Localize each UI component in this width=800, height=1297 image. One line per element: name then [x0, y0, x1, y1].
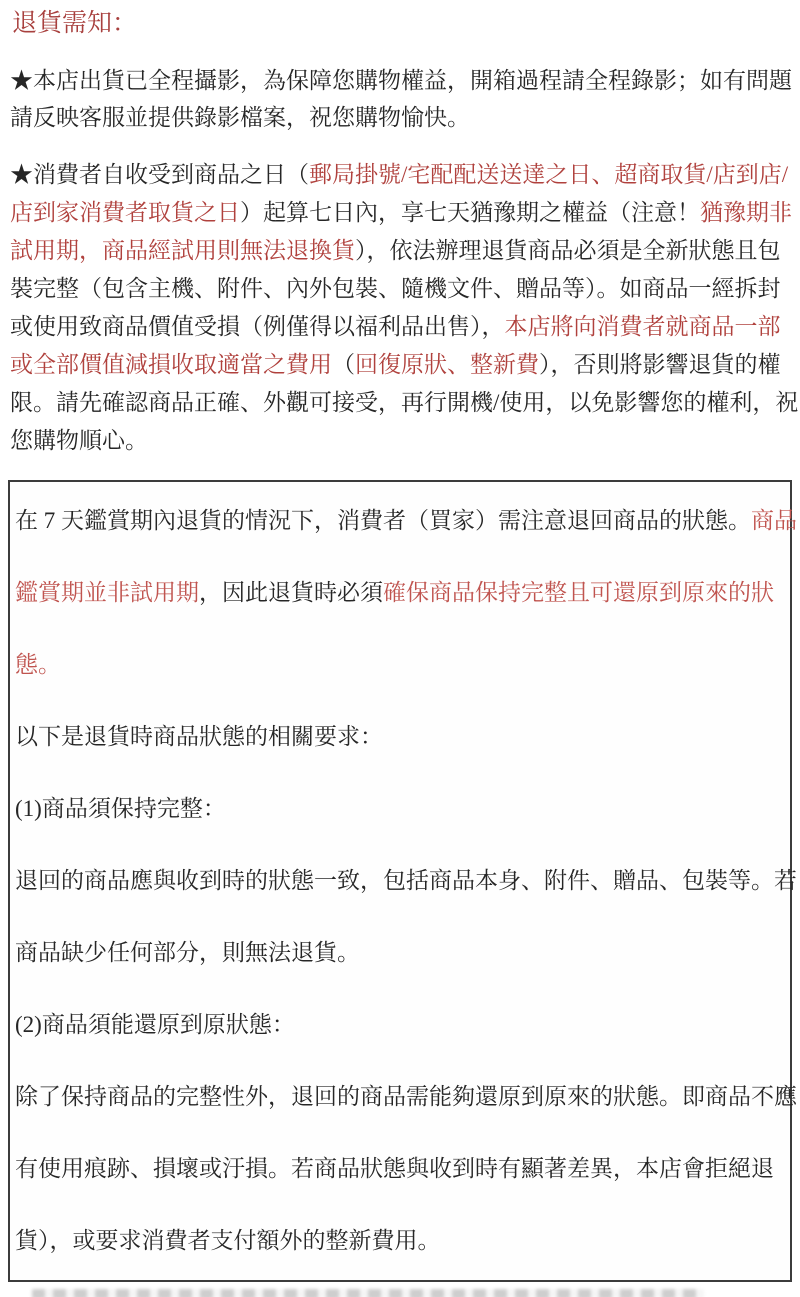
- text-line: 態。: [15, 629, 785, 701]
- text-line: 以下是退貨時商品狀態的相關要求：: [15, 701, 785, 773]
- highlighted-text-run: 鑑賞期並非試用期: [15, 580, 199, 605]
- text-run: 有使用痕跡、損壞或汙損。若商品狀態與收到時有顯著差異，本店會拒絕退: [15, 1156, 774, 1181]
- seven-day-return-policy-paragraph: ★消費者自收受到商品之日（郵局掛號/宅配配送送達之日、超商取貨/店到店/店到家消…: [10, 156, 792, 460]
- text-run: 請反映客服並提供錄影檔案，祝您購物愉快。: [10, 105, 470, 130]
- highlighted-text-run: 郵局掛號/宅配配送送達之日、超商取貨/店到店/: [309, 162, 788, 187]
- cropped-next-line-remnant: [32, 1289, 704, 1297]
- text-line: 或全部價值減損收取適當之費用（回復原狀、整新費），否則將影響退貨的權: [10, 346, 792, 384]
- text-run: ★本店出貨已全程攝影，為保障您購物權益，開箱過程請全程錄影；如有問題: [10, 68, 792, 93]
- highlighted-text-run: 回復原狀、整新費: [355, 352, 539, 377]
- highlighted-text-run: 猶豫期非: [700, 200, 792, 225]
- highlighted-text-run: 本店將向消費者就商品一部: [505, 314, 781, 339]
- text-run: 或使用致商品價值受損（例僅得以福利品出售），: [10, 314, 505, 339]
- text-run: 貨），或要求消費者支付額外的整新費用。: [15, 1228, 441, 1253]
- text-run: 以下是退貨時商品狀態的相關要求：: [15, 724, 383, 749]
- highlighted-text-run: 試用期，商品經試用則無法退換貨: [10, 238, 355, 263]
- text-run: （: [332, 352, 355, 377]
- shipping-video-notice-paragraph: ★本店出貨已全程攝影，為保障您購物權益，開箱過程請全程錄影；如有問題請反映客服並…: [10, 62, 792, 136]
- return-condition-text: 在 7 天鑑賞期內退貨的情況下，消費者（買家）需注意退回商品的狀態。商品鑑賞期並…: [15, 485, 785, 1277]
- text-run: ，因此退貨時必須: [199, 580, 383, 605]
- text-run: 退回的商品應與收到時的狀態一致，包括商品本身、附件、贈品、包裝等。若: [15, 868, 797, 893]
- text-run: 除了保持商品的完整性外，退回的商品需能夠還原到原來的狀態。即商品不應: [15, 1084, 797, 1109]
- page-title: 退貨需知：: [12, 8, 792, 40]
- text-run: ）起算七日內，享七天猶豫期之權益（注意！: [240, 200, 700, 225]
- highlighted-text-run: 或全部價值減損收取適當之費用: [10, 352, 332, 377]
- text-line: 或使用致商品價值受損（例僅得以福利品出售），本店將向消費者就商品一部: [10, 308, 792, 346]
- text-run: ），否則將影響退貨的權: [539, 352, 781, 377]
- return-policy-document: 退貨需知： ★本店出貨已全程攝影，為保障您購物權益，開箱過程請全程錄影；如有問題…: [0, 0, 800, 1297]
- text-line: 有使用痕跡、損壞或汙損。若商品狀態與收到時有顯著差異，本店會拒絕退: [15, 1133, 785, 1205]
- highlighted-text-run: 確保商品保持完整且可還原到原來的狀: [383, 580, 774, 605]
- text-line: ★本店出貨已全程攝影，為保障您購物權益，開箱過程請全程錄影；如有問題: [10, 62, 792, 99]
- text-line: 商品缺少任何部分，則無法退貨。: [15, 917, 785, 989]
- text-line: 除了保持商品的完整性外，退回的商品需能夠還原到原來的狀態。即商品不應: [15, 1061, 785, 1133]
- text-run: ★消費者自收受到商品之日（: [10, 162, 309, 187]
- text-line: 試用期，商品經試用則無法退換貨），依法辦理退貨商品必須是全新狀態且包: [10, 232, 792, 270]
- text-line: 請反映客服並提供錄影檔案，祝您購物愉快。: [10, 99, 792, 136]
- text-run: 在 7 天鑑賞期內退貨的情況下，消費者（買家）需注意退回商品的狀態。: [15, 508, 751, 533]
- return-condition-box: 在 7 天鑑賞期內退貨的情況下，消費者（買家）需注意退回商品的狀態。商品鑑賞期並…: [8, 480, 792, 1282]
- text-line: (2)商品須能還原到原狀態：: [15, 989, 785, 1061]
- text-line: 鑑賞期並非試用期，因此退貨時必須確保商品保持完整且可還原到原來的狀: [15, 557, 785, 629]
- highlighted-text-run: 店到家消費者取貨之日: [10, 200, 240, 225]
- text-run: ），依法辦理退貨商品必須是全新狀態且包: [355, 238, 781, 263]
- text-run: 您購物順心。: [10, 428, 148, 453]
- highlighted-text-run: 態。: [15, 652, 61, 677]
- text-run: 商品缺少任何部分，則無法退貨。: [15, 940, 360, 965]
- text-line: 限。請先確認商品正確、外觀可接受，再行開機/使用，以免影響您的權利，祝: [10, 384, 792, 422]
- text-line: 退回的商品應與收到時的狀態一致，包括商品本身、附件、贈品、包裝等。若: [15, 845, 785, 917]
- text-line: 貨），或要求消費者支付額外的整新費用。: [15, 1205, 785, 1277]
- text-line: 您購物順心。: [10, 422, 792, 460]
- text-run: (2)商品須能還原到原狀態：: [15, 1012, 295, 1037]
- text-line: 裝完整（包含主機、附件、內外包裝、隨機文件、贈品等）。如商品一經拆封: [10, 270, 792, 308]
- text-run: (1)商品須保持完整：: [15, 796, 226, 821]
- text-line: ★消費者自收受到商品之日（郵局掛號/宅配配送送達之日、超商取貨/店到店/: [10, 156, 792, 194]
- text-line: 店到家消費者取貨之日）起算七日內，享七天猶豫期之權益（注意！猶豫期非: [10, 194, 792, 232]
- text-run: 限。請先確認商品正確、外觀可接受，再行開機/使用，以免影響您的權利，祝: [10, 390, 798, 415]
- text-run: 裝完整（包含主機、附件、內外包裝、隨機文件、贈品等）。如商品一經拆封: [10, 276, 781, 301]
- text-line: (1)商品須保持完整：: [15, 773, 785, 845]
- highlighted-text-run: 商品: [751, 508, 797, 533]
- text-line: 在 7 天鑑賞期內退貨的情況下，消費者（買家）需注意退回商品的狀態。商品: [15, 485, 785, 557]
